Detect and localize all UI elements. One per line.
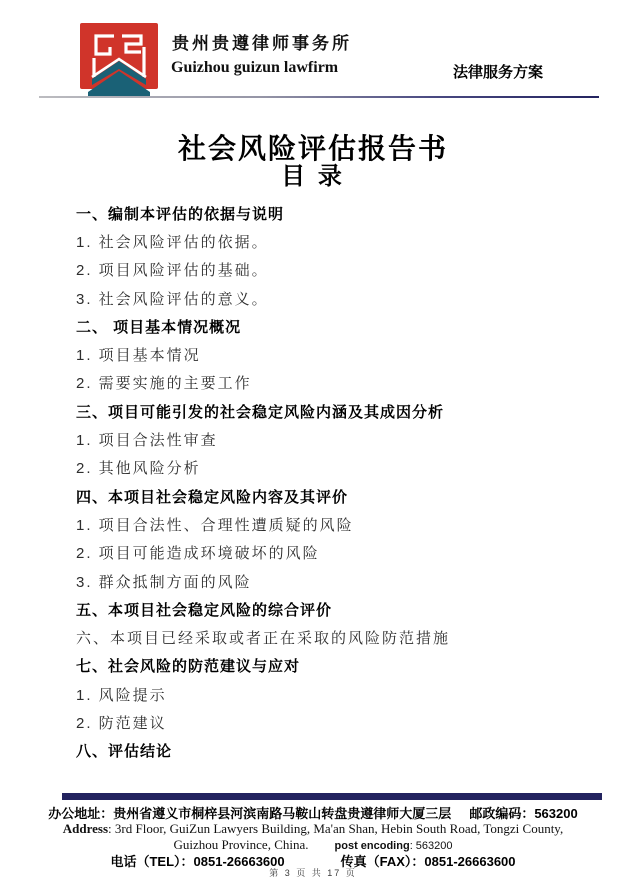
toc-entry: 1. 项目合法性审查	[76, 425, 590, 453]
toc-entry: 1. 社会风险评估的依据。	[76, 227, 590, 255]
toc-entry: 3. 群众抵制方面的风险	[76, 567, 590, 595]
footer-office-address-line: 办公地址：贵州省遵义市桐梓县河滨南路马鞍山转盘贵遵律师大厦三层邮政编码：5632…	[0, 803, 626, 822]
toc-heading: 目 录	[0, 163, 626, 191]
office-address-label: 办公地址：	[48, 806, 113, 821]
toc-entry: 二、 项目基本情况概况	[76, 312, 590, 340]
postcode-value: 563200	[534, 806, 577, 821]
toc-entry: 一、编制本评估的依据与说明	[76, 199, 590, 227]
lawfirm-logo-icon	[80, 23, 158, 99]
toc-entry: 1. 风险提示	[76, 680, 590, 708]
header-divider	[39, 96, 599, 98]
toc-entry: 2. 需要实施的主要工作	[76, 369, 590, 397]
footer-address-en-line1: Address: 3rd Floor, GuiZun Lawyers Build…	[0, 821, 626, 837]
footer-divider	[62, 793, 602, 800]
toc-entry: 2. 其他风险分析	[76, 454, 590, 482]
address-en-label: Address	[63, 821, 108, 836]
address-en-line2: Guizhou Province, China.	[173, 837, 308, 852]
toc-entry: 2. 项目可能造成环境破坏的风险	[76, 539, 590, 567]
toc-entry: 五、本项目社会稳定风险的综合评价	[76, 595, 590, 623]
office-address-value: 贵州省遵义市桐梓县河滨南路马鞍山转盘贵遵律师大厦三层	[113, 806, 451, 821]
toc-entry: 四、本项目社会稳定风险内容及其评价	[76, 482, 590, 510]
address-en-line1: : 3rd Floor, GuiZun Lawyers Building, Ma…	[108, 821, 563, 836]
toc-entry: 1. 项目合法性、合理性遭质疑的风险	[76, 510, 590, 538]
toc-entry: 六、本项目已经采取或者正在采取的风险防范措施	[76, 623, 590, 651]
toc-entry: 3. 社会风险评估的意义。	[76, 284, 590, 312]
toc-entry: 2. 项目风险评估的基础。	[76, 256, 590, 284]
firm-name-en: Guizhou guizun lawfirm	[171, 59, 338, 77]
toc-entry: 八、评估结论	[76, 737, 590, 765]
toc-entry: 2. 防范建议	[76, 708, 590, 736]
toc-entry: 三、项目可能引发的社会稳定风险内涵及其成因分析	[76, 397, 590, 425]
toc-entry: 1. 项目基本情况	[76, 340, 590, 368]
toc-entry: 七、社会风险的防范建议与应对	[76, 652, 590, 680]
postcode-label: 邮政编码：	[469, 806, 534, 821]
document-type-label: 法律服务方案	[453, 61, 543, 82]
table-of-contents: 一、编制本评估的依据与说明 1. 社会风险评估的依据。 2. 项目风险评估的基础…	[76, 199, 590, 765]
page-title: 社会风险评估报告书	[0, 133, 626, 165]
document-page: 贵州贵遵律师事务所 Guizhou guizun lawfirm 法律服务方案 …	[0, 0, 626, 878]
firm-name-zh: 贵州贵遵律师事务所	[172, 29, 352, 54]
page-indicator: 第 3 页 共 17 页	[0, 866, 626, 878]
